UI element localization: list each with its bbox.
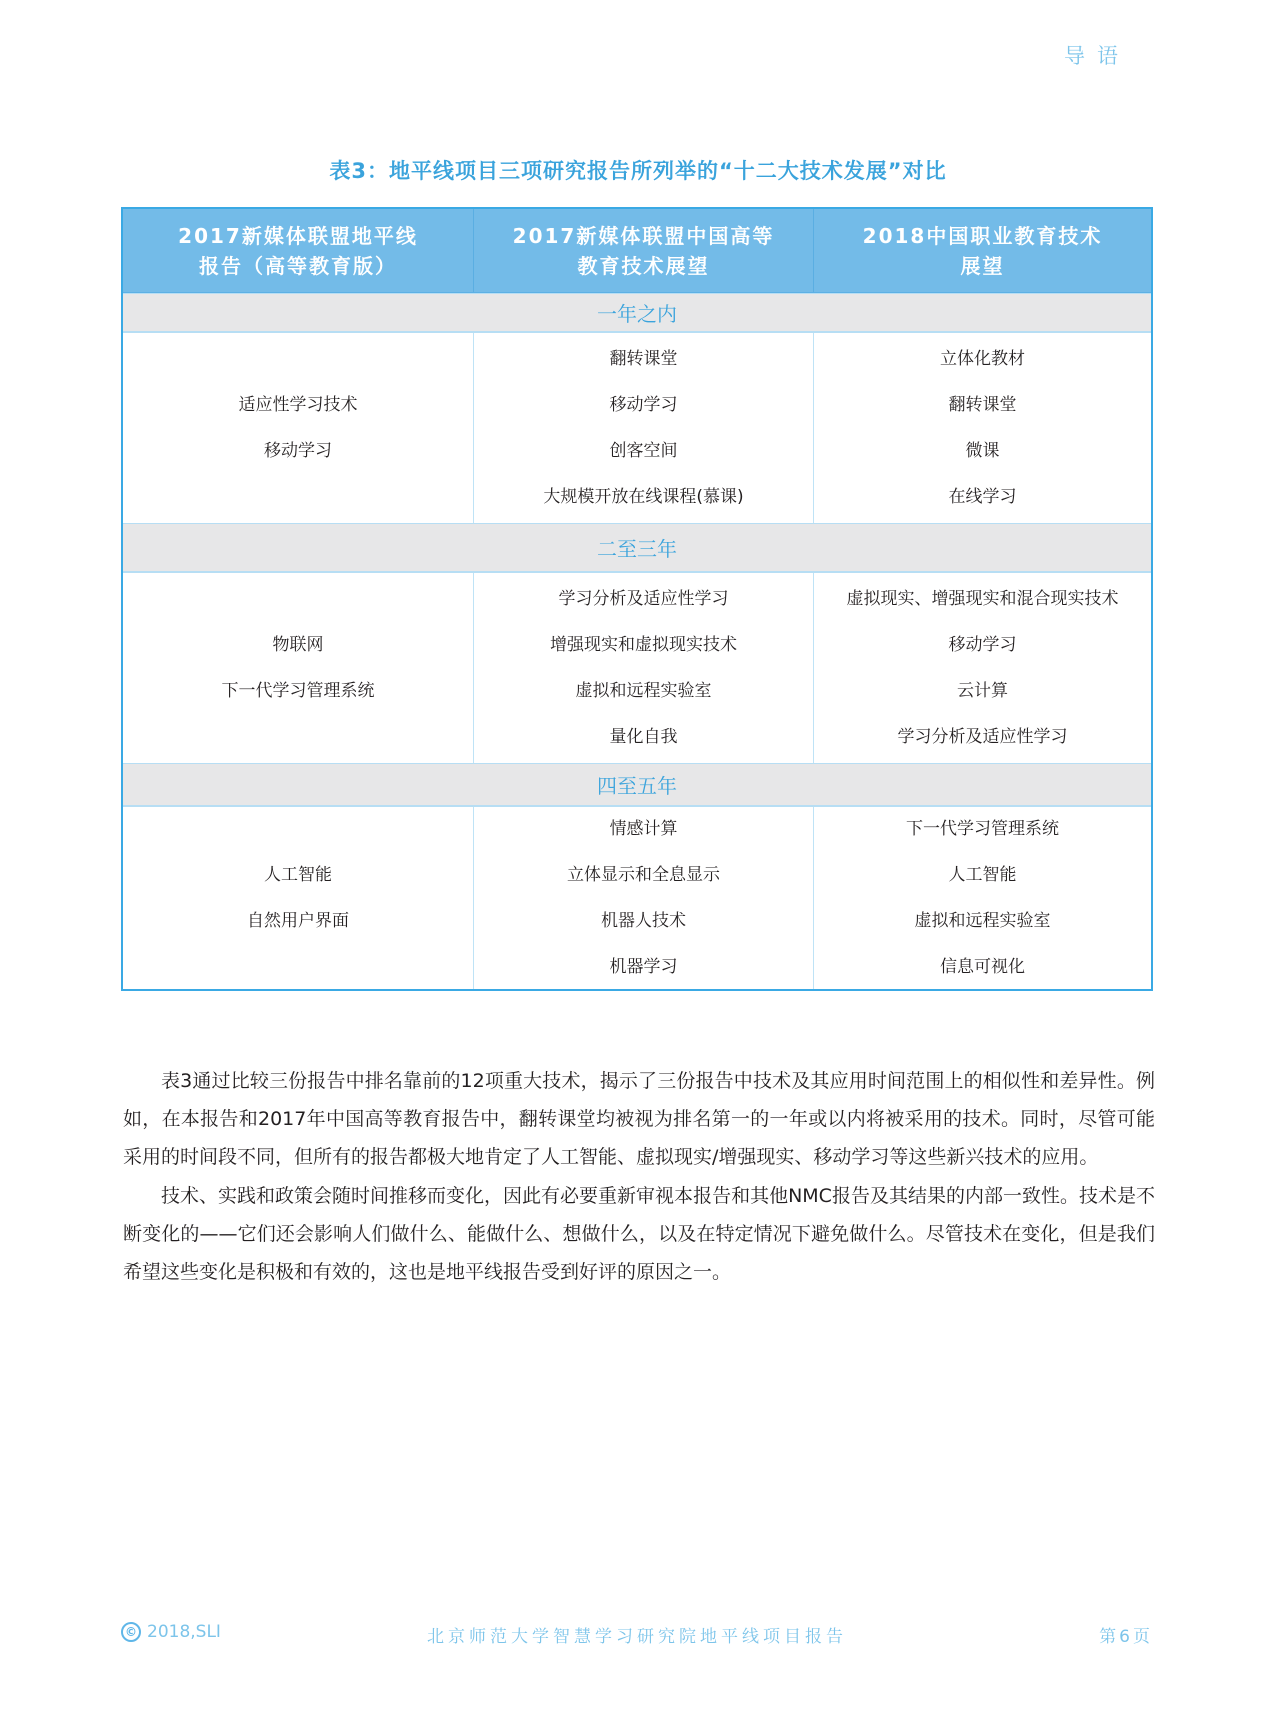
- list-item: 立体显示和全息显示: [567, 852, 720, 898]
- column-header: 2017新媒体联盟地平线报告（高等教育版）: [123, 209, 473, 292]
- paragraph: 表3通过比较三份报告中排名靠前的12项重大技术，揭示了三份报告中技术及其应用时间…: [123, 1062, 1155, 1176]
- section-body: 物联网 下一代学习管理系统 学习分析及适应性学习 增强现实和虚拟现实技术 虚拟和…: [123, 573, 1151, 763]
- section-body: 适应性学习技术 移动学习 翻转课堂 移动学习 创客空间 大规模开放在线课程(慕课…: [123, 333, 1151, 523]
- list-item: 人工智能: [949, 852, 1017, 898]
- list-item: 物联网: [273, 622, 324, 668]
- list-item: 大规模开放在线课程(慕课): [543, 474, 743, 520]
- list-item: 移动学习: [264, 428, 332, 474]
- list-item: 适应性学习技术: [239, 382, 358, 428]
- header-line: 2018中国职业教育技术: [863, 224, 1103, 248]
- page-number: 第6页: [1099, 1622, 1153, 1647]
- list-item: 增强现实和虚拟现实技术: [550, 622, 737, 668]
- table-cell: 下一代学习管理系统 人工智能 虚拟和远程实验室 信息可视化: [813, 807, 1151, 989]
- header-line: 2017新媒体联盟中国高等: [513, 224, 775, 248]
- table-cell: 立体化教材 翻转课堂 微课 在线学习: [813, 333, 1151, 523]
- table-cell: 情感计算 立体显示和全息显示 机器人技术 机器学习: [473, 807, 813, 989]
- table-cell: 物联网 下一代学习管理系统: [123, 573, 473, 763]
- list-item: 移动学习: [949, 622, 1017, 668]
- column-header: 2018中国职业教育技术展望: [813, 209, 1151, 292]
- table-cell: 人工智能 自然用户界面: [123, 807, 473, 989]
- list-item: 下一代学习管理系统: [222, 668, 375, 714]
- list-item: 立体化教材: [940, 336, 1025, 382]
- header-line: 报告（高等教育版）: [199, 254, 397, 278]
- list-item: 人工智能: [264, 852, 332, 898]
- running-head: 导语: [1064, 40, 1130, 70]
- list-item: 机器学习: [610, 944, 678, 990]
- section-title-bar: 一年之内: [123, 293, 1151, 333]
- list-item: 云计算: [957, 668, 1008, 714]
- list-item: 自然用户界面: [247, 898, 349, 944]
- list-item: 微课: [966, 428, 1000, 474]
- list-item: 下一代学习管理系统: [906, 806, 1059, 852]
- list-item: 情感计算: [610, 806, 678, 852]
- list-item: 创客空间: [610, 428, 678, 474]
- list-item: 学习分析及适应性学习: [898, 714, 1068, 760]
- section-title-bar: 二至三年: [123, 523, 1151, 573]
- table-cell: 翻转课堂 移动学习 创客空间 大规模开放在线课程(慕课): [473, 333, 813, 523]
- footer-title: 北京师范大学智慧学习研究院地平线项目报告: [121, 1622, 1153, 1647]
- list-item: 虚拟和远程实验室: [576, 668, 712, 714]
- body-text: 表3通过比较三份报告中排名靠前的12项重大技术，揭示了三份报告中技术及其应用时间…: [123, 1062, 1155, 1291]
- list-item: 虚拟现实、增强现实和混合现实技术: [847, 576, 1119, 622]
- page-footer: © 2018,SLI 北京师范大学智慧学习研究院地平线项目报告 第6页: [121, 1622, 1153, 1650]
- header-line: 2017新媒体联盟地平线: [178, 224, 418, 248]
- table-cell: 学习分析及适应性学习 增强现实和虚拟现实技术 虚拟和远程实验室 量化自我: [473, 573, 813, 763]
- table-cell: 虚拟现实、增强现实和混合现实技术 移动学习 云计算 学习分析及适应性学习: [813, 573, 1151, 763]
- table-header-row: 2017新媒体联盟地平线报告（高等教育版） 2017新媒体联盟中国高等教育技术展…: [123, 209, 1151, 293]
- table-caption: 表3：地平线项目三项研究报告所列举的“十二大技术发展”对比: [0, 155, 1276, 185]
- header-line: 展望: [960, 254, 1004, 278]
- comparison-table: 2017新媒体联盟地平线报告（高等教育版） 2017新媒体联盟中国高等教育技术展…: [121, 207, 1153, 991]
- list-item: 移动学习: [610, 382, 678, 428]
- section-body: 人工智能 自然用户界面 情感计算 立体显示和全息显示 机器人技术 机器学习 下一…: [123, 807, 1151, 989]
- list-item: 翻转课堂: [610, 336, 678, 382]
- section-title-bar: 四至五年: [123, 763, 1151, 807]
- column-header: 2017新媒体联盟中国高等教育技术展望: [473, 209, 813, 292]
- list-item: 翻转课堂: [949, 382, 1017, 428]
- table-cell: 适应性学习技术 移动学习: [123, 333, 473, 523]
- list-item: 机器人技术: [601, 898, 686, 944]
- paragraph: 技术、实践和政策会随时间推移而变化，因此有必要重新审视本报告和其他NMC报告及其…: [123, 1177, 1155, 1291]
- list-item: 虚拟和远程实验室: [915, 898, 1051, 944]
- header-line: 教育技术展望: [577, 254, 709, 278]
- list-item: 信息可视化: [940, 944, 1025, 990]
- list-item: 在线学习: [949, 474, 1017, 520]
- list-item: 量化自我: [610, 714, 678, 760]
- list-item: 学习分析及适应性学习: [559, 576, 729, 622]
